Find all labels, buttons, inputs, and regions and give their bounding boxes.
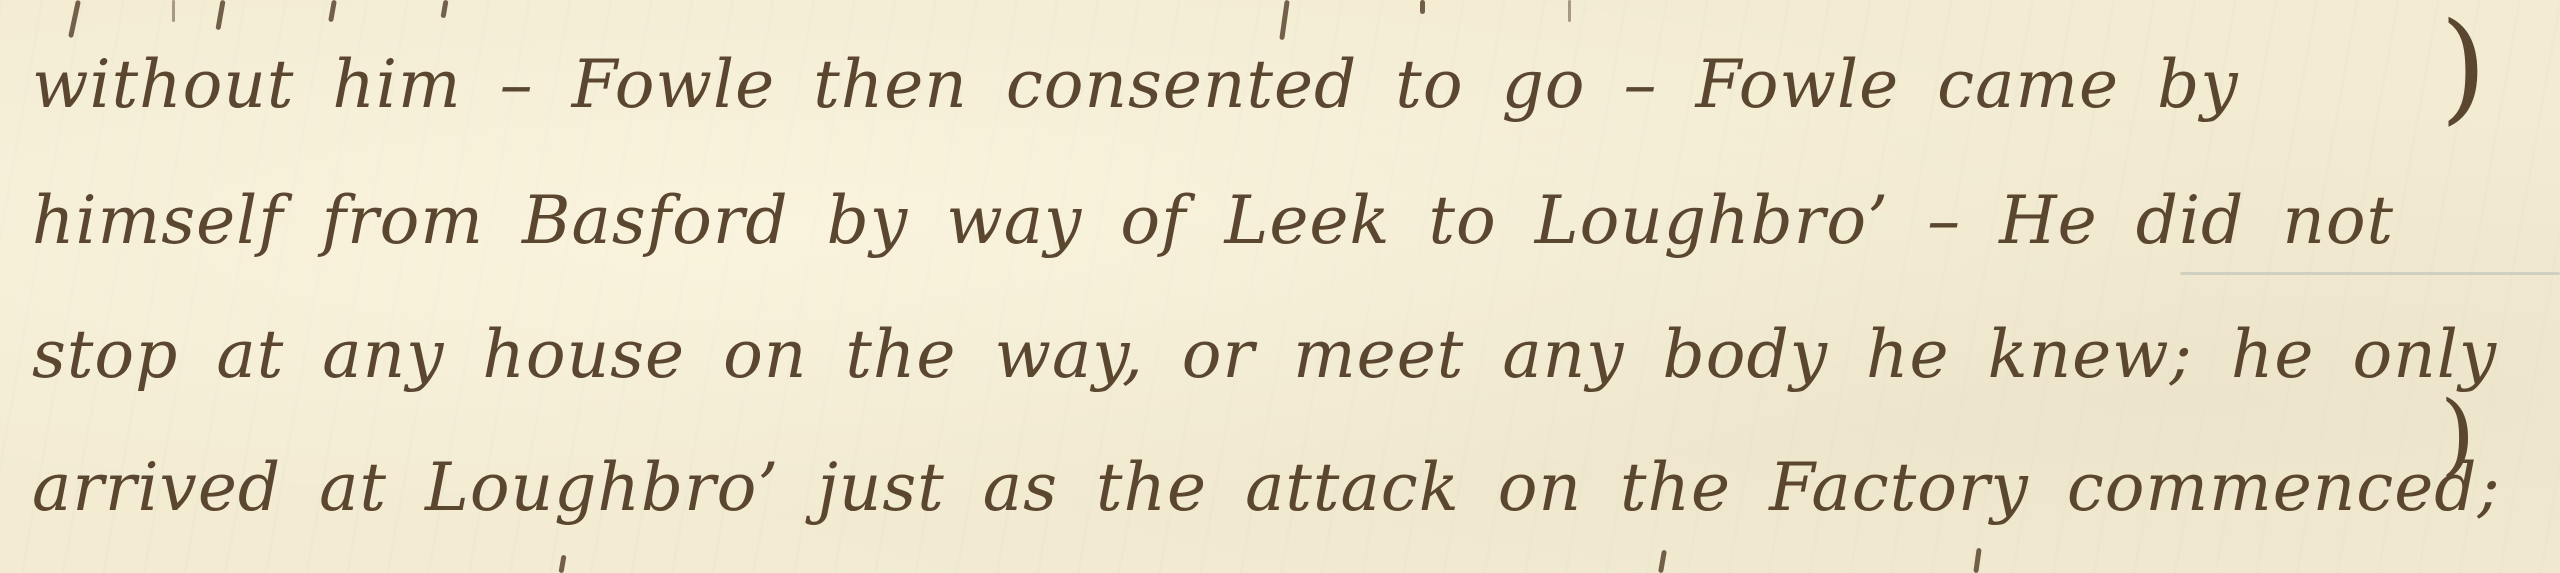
word: Fowle [1696,52,1900,118]
word: the [845,322,956,388]
word: on [1498,455,1582,521]
word: not [2282,188,2394,254]
descender-stroke [68,0,81,38]
word: knew; [1988,322,2193,388]
word: – [500,52,534,118]
word: on [723,322,807,388]
word: way, [994,322,1143,388]
descender-stroke [1568,0,1571,22]
word: Leek [1225,188,1391,254]
descender-stroke [1279,0,1290,40]
word: to [1428,188,1496,254]
paper-fold-line [2180,272,2560,275]
ascender-stroke [558,555,566,573]
word: Loughbro’ [425,455,779,521]
word: by [827,188,909,254]
word: did [2136,188,2245,254]
word: house [482,322,685,388]
word: just [817,455,944,521]
word: commenced; [2067,455,2501,521]
word: Factory [1769,455,2029,521]
word: way [946,188,1082,254]
word: any [322,322,444,388]
word: at [216,322,284,388]
word: Basford [522,188,789,254]
margin-bracket-mark: ) [2440,8,2487,128]
word: go [1502,52,1586,118]
word: he [2231,322,2315,388]
word: the [1096,455,1207,521]
word: himself [32,188,284,254]
word: the [1620,455,1731,521]
descender-stroke [440,0,448,18]
word: without [32,52,294,118]
manuscript-line-1: withouthim–Fowlethenconsentedtogo–Fowlec… [32,52,2277,118]
manuscript-line-2: himselffromBasfordbywayofLeektoLoughbro’… [32,188,2432,254]
word: stop [32,322,178,388]
word: meet [1293,322,1464,388]
word: at [319,455,387,521]
word: attack [1245,455,1460,521]
manuscript-page: withouthim–Fowlethenconsentedtogo–Fowlec… [0,0,2560,573]
word: he [1866,322,1950,388]
word: only [2352,322,2497,388]
word: any [1502,322,1624,388]
word: then [813,52,968,118]
word: body [1662,322,1828,388]
word: or [1182,322,1255,388]
word: He [1999,188,2098,254]
word: by [2157,52,2239,118]
word: from [322,188,484,254]
word: consented [1006,52,1357,118]
manuscript-line-4: arrivedatLoughbro’justastheattackontheFa… [32,455,2539,521]
word: to [1395,52,1463,118]
descender-stroke [172,0,175,22]
word: arrived [32,455,281,521]
word: came [1937,52,2119,118]
manuscript-line-3: stopatanyhouseontheway,ormeetanybodyhekn… [32,322,2535,388]
word: as [983,455,1058,521]
descender-stroke [1420,0,1425,14]
ascender-stroke [1658,550,1667,573]
word: him [332,52,461,118]
descender-stroke [328,0,337,22]
word: Fowle [572,52,776,118]
word: – [1927,188,1961,254]
word: Loughbro’ [1535,188,1889,254]
word: – [1624,52,1658,118]
margin-bracket-mark: ) [2440,390,2475,480]
ascender-stroke [1973,548,1981,573]
word: of [1120,188,1186,254]
descender-stroke [215,0,225,30]
